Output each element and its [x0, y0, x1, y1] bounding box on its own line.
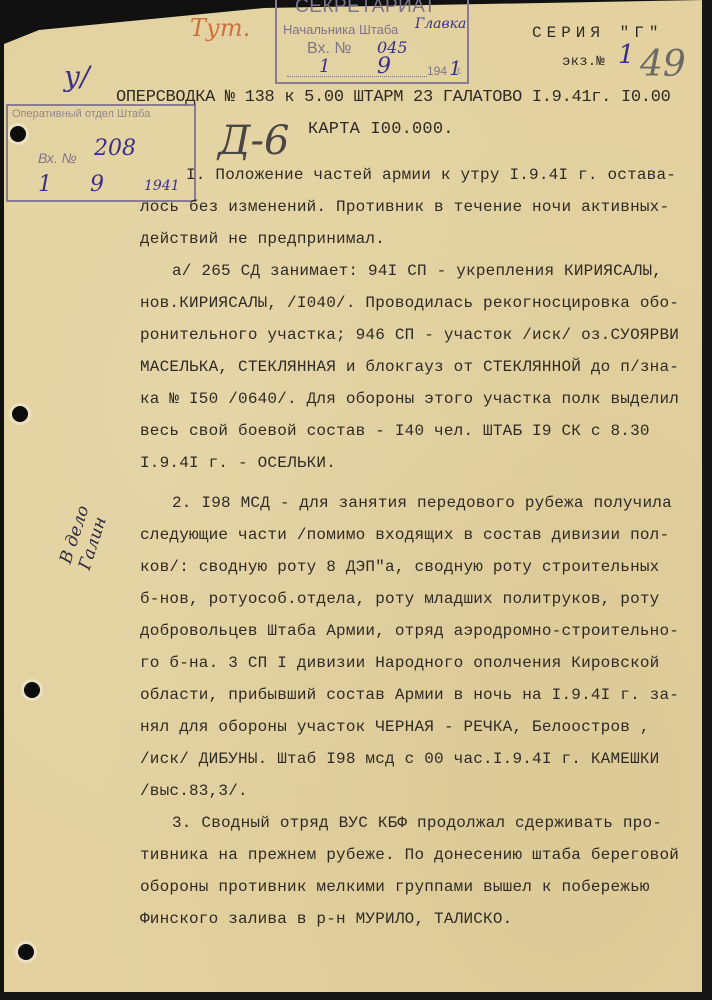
body-text-line: /иск/ ДИБУНЫ. Штаб I98 мсд с 00 час.I.9.… — [140, 750, 659, 768]
body-text-line: I. Положение частей армии к утру I.9.4I … — [186, 166, 676, 184]
body-text-line: 3. Сводный отряд ВУС КБФ продолжал сдерж… — [172, 814, 662, 832]
body-text-line: области, прибывший состав Армии в ночь н… — [140, 686, 679, 704]
stamp-handwritten-subtitle: Главка — [415, 16, 466, 32]
handwritten-mark: у/ — [64, 60, 90, 93]
stamp-title: Оперативный отдел Штаба — [12, 108, 150, 120]
copy-label: экз.№ — [562, 54, 605, 70]
body-text-line: действий не предпринимал. — [140, 230, 385, 248]
operations-dept-stamp: Оперативный отдел Штаба Вх. № 208 1 9 19… — [6, 104, 196, 202]
stamp-dotted-line — [287, 76, 427, 77]
stamp-subtitle: Начальника Штаба — [283, 22, 398, 37]
body-text-line: б-нов, ротуособ.отдела, роту младших пол… — [140, 590, 659, 608]
scan-border — [702, 0, 712, 1000]
body-text-line: МАСЕЛЬКА, СТЕКЛЯННАЯ и блокгауз от СТЕКЛ… — [140, 358, 679, 376]
body-text-line: ронительного участка; 946 СП - участок /… — [140, 326, 679, 344]
body-text-line: нял для обороны участок ЧЕРНАЯ - РЕЧКА, … — [140, 718, 650, 736]
body-text-line: обороны противник мелкими группами вышел… — [140, 878, 650, 896]
body-text-line: ка № I50 /0640/. Для обороны этого участ… — [140, 390, 679, 408]
series-label: СЕРИЯ "Г" — [532, 24, 663, 42]
stamp-year-prefix: 194 — [427, 64, 447, 78]
copy-number: 1 — [618, 40, 635, 70]
stamp-month: 9 — [90, 172, 104, 197]
body-text-line: нов.КИРИЯСАЛЫ, /I040/. Проводилась реког… — [140, 294, 679, 312]
body-text-line: следующие части /помимо входящих в соста… — [140, 526, 669, 544]
body-text-line: добровольцев Штаба Армии, отряд аэродром… — [140, 622, 679, 640]
body-text-line: лось без изменений. Противник в течение … — [140, 198, 669, 216]
secretariat-stamp: СЕКРЕТАРИАТ Начальника Штаба Главка Вх. … — [275, 0, 469, 84]
body-text-line: ков/: сводную роту 8 ДЭП"а, сводную роту… — [140, 558, 659, 576]
stamp-day: 1 — [319, 56, 330, 77]
punch-hole — [24, 682, 40, 698]
body-text-line: 2. I98 МСД - для занятия передового рубе… — [172, 494, 672, 512]
body-text-line: а/ 265 СД занимает: 94I СП - укрепления … — [172, 262, 662, 280]
body-text-line: I.9.4I г. - ОСЕЛЬКИ. — [140, 454, 336, 472]
pencil-page-number: 49 — [640, 44, 686, 85]
stamp-in-number: 208 — [94, 136, 136, 161]
stamp-in-label: Вх. № — [38, 150, 77, 166]
handwritten-code: Д-6 — [218, 118, 289, 164]
body-text-line: тивника на прежнем рубеже. По донесению … — [140, 846, 679, 864]
body-text-line: го б-на. 3 СП I дивизии Народного ополче… — [140, 654, 659, 672]
body-text-line: весь свой боевой состав - I40 чел. ШТАБ … — [140, 422, 650, 440]
punch-hole — [12, 406, 28, 422]
punch-hole — [18, 944, 34, 960]
red-handwritten-note: Тут. — [190, 14, 250, 42]
body-text-line: /выс.83,3/. — [140, 782, 248, 800]
stamp-year-unit: г. — [457, 66, 462, 77]
scan-border — [0, 992, 712, 1000]
stamp-year: 1941 — [144, 178, 180, 194]
body-text-line: Финского залива в р-н МУРИЛО, ТАЛИСКО. — [140, 910, 512, 928]
map-line: КАРТА I00.000. — [308, 120, 454, 139]
stamp-day: 1 — [38, 172, 52, 197]
report-title: ОПЕРСВОДКА № 138 к 5.00 ШТАРМ 23 ГАЛАТОВ… — [116, 88, 671, 107]
